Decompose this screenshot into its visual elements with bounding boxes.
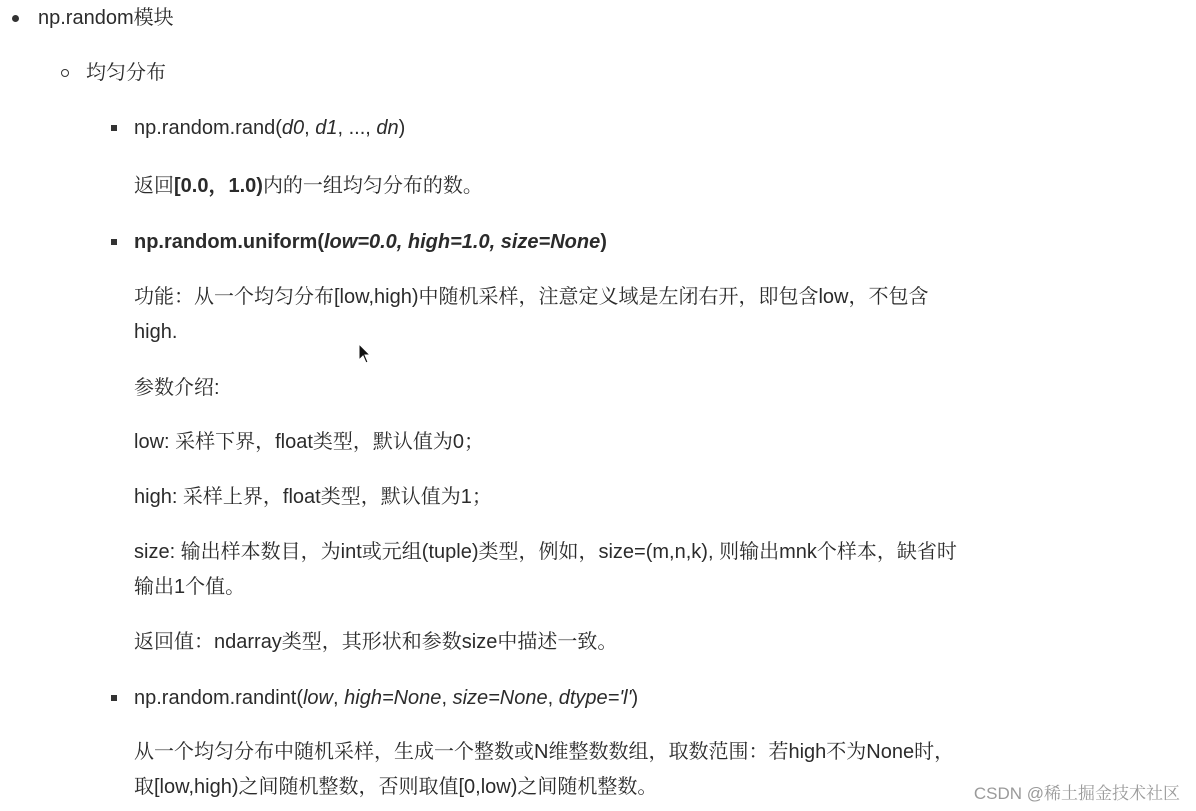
bullet-square-icon bbox=[111, 695, 117, 701]
uniform-signature: np.random.uniform(low=0.0, high=1.0, siz… bbox=[134, 229, 607, 255]
randint-sep: , bbox=[548, 687, 559, 709]
rand-arg-d0: d0 bbox=[282, 117, 304, 139]
randint-description-line2: 取[low,high)之间随机整数，否则取值[0,low)之间随机整数。 bbox=[134, 774, 657, 800]
rand-desc-suffix: 内的一组均匀分布的数。 bbox=[263, 175, 483, 197]
randint-arg-low: low bbox=[303, 687, 333, 709]
randint-sep: , bbox=[333, 687, 344, 709]
randint-sig-suffix: ) bbox=[631, 687, 638, 709]
bullet-circle-icon bbox=[61, 69, 69, 77]
uniform-sig-args: low=0.0, high=1.0, size=None bbox=[324, 231, 600, 253]
rand-sig-prefix: np.random.rand( bbox=[134, 117, 282, 139]
randint-arg-high: high=None bbox=[344, 687, 441, 709]
section-heading-np-random: np.random模块 bbox=[38, 5, 174, 31]
bullet-square-icon bbox=[111, 239, 117, 245]
uniform-param-size-line1: size: 输出样本数目，为int或元组(tuple)类型，例如，size=(m… bbox=[134, 539, 957, 565]
randint-signature: np.random.randint(low, high=None, size=N… bbox=[134, 685, 638, 711]
rand-arg-dn: dn bbox=[376, 117, 398, 139]
rand-arg-sep2: , ..., bbox=[338, 117, 377, 139]
uniform-returns: 返回值：ndarray类型，其形状和参数size中描述一致。 bbox=[134, 629, 617, 655]
uniform-param-low: low: 采样下界，float类型，默认值为0； bbox=[134, 429, 484, 455]
rand-desc-range: [0.0，1.0) bbox=[174, 175, 263, 197]
uniform-sig-prefix: np.random.uniform( bbox=[134, 231, 324, 253]
bullet-disc-icon bbox=[12, 15, 19, 22]
randint-sep: , bbox=[441, 687, 452, 709]
uniform-function-line2: high. bbox=[134, 319, 177, 345]
rand-signature: np.random.rand(d0, d1, ..., dn) bbox=[134, 115, 405, 141]
randint-description-line1: 从一个均匀分布中随机采样，生成一个整数或N维整数数组，取数范围：若high不为N… bbox=[134, 739, 954, 765]
uniform-function-line1: 功能：从一个均匀分布[low,high)中随机采样，注意定义域是左闭右开，即包含… bbox=[134, 284, 929, 310]
randint-arg-dtype: dtype='l' bbox=[559, 687, 632, 709]
rand-arg-sep1: , bbox=[304, 117, 315, 139]
randint-sig-prefix: np.random.randint( bbox=[134, 687, 303, 709]
uniform-sig-suffix: ) bbox=[600, 231, 607, 253]
randint-arg-size: size=None bbox=[453, 687, 548, 709]
uniform-param-size-line2: 输出1个值。 bbox=[134, 574, 245, 600]
uniform-param-high: high: 采样上界，float类型，默认值为1； bbox=[134, 484, 492, 510]
rand-arg-d1: d1 bbox=[315, 117, 337, 139]
uniform-params-title: 参数介绍: bbox=[134, 375, 220, 401]
mouse-cursor-icon bbox=[358, 343, 372, 365]
watermark: CSDN @稀土掘金技术社区 bbox=[974, 779, 1180, 804]
subsection-heading-uniform-distribution: 均匀分布 bbox=[86, 60, 166, 86]
rand-sig-suffix: ) bbox=[399, 117, 406, 139]
rand-description: 返回[0.0，1.0)内的一组均匀分布的数。 bbox=[134, 173, 483, 199]
bullet-square-icon bbox=[111, 125, 117, 131]
rand-desc-prefix: 返回 bbox=[134, 175, 174, 197]
